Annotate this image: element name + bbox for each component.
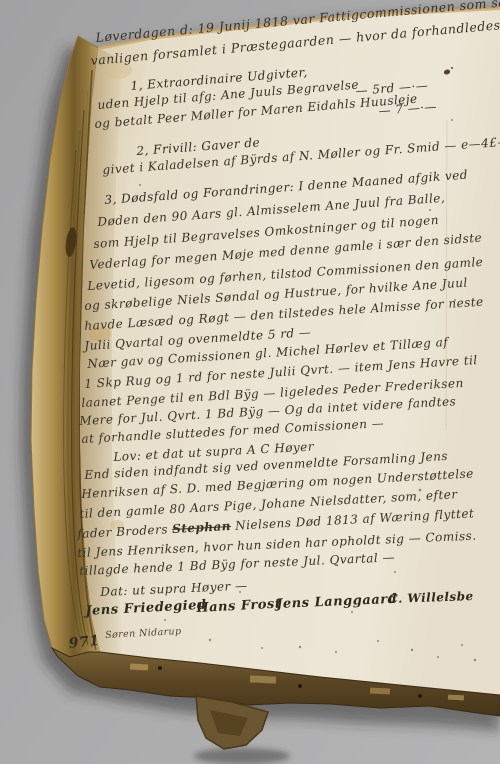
manuscript-photo: Løverdagen d: 19 Junij 1818 var Fattigco… [0,0,500,764]
fragment-shadow [194,748,290,764]
signature-4: C. Willelsbe [388,589,474,606]
page-number: 971 [68,633,100,652]
